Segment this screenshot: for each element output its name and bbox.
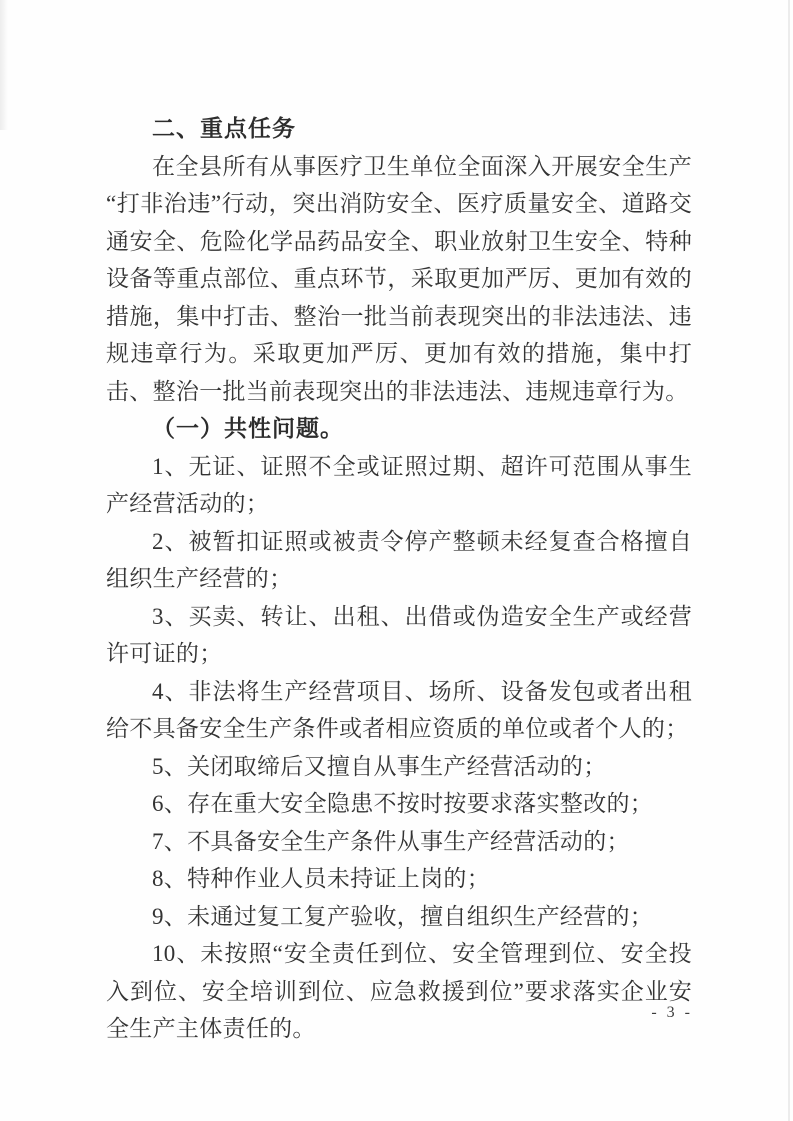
list-item-3: 3、买卖、转让、出租、出借或伪造安全生产或经营许可证的； — [106, 598, 692, 673]
page-number: - 3 - — [651, 1004, 693, 1022]
document-page: 二、重点任务 在全县所有从事医疗卫生单位全面深入开展安全生产“打非治违”行动，突… — [0, 0, 793, 1121]
list-item-4: 4、非法将生产经营项目、场所、设备发包或者出租给不具备安全生产条件或者相应资质的… — [106, 673, 692, 748]
list-item-6: 6、存在重大安全隐患不按时按要求落实整改的； — [106, 785, 692, 823]
list-item-7: 7、不具备安全生产条件从事生产经营活动的； — [106, 823, 692, 861]
scan-edge-line — [788, 0, 790, 1121]
list-item-5: 5、关闭取缔后又擅自从事生产经营活动的； — [106, 748, 692, 786]
list-item-1: 1、无证、证照不全或证照过期、超许可范围从事生产经营活动的； — [106, 448, 692, 523]
scan-corner-shadow — [0, 0, 8, 130]
list-item-8: 8、特种作业人员未持证上岗的； — [106, 860, 692, 898]
intro-paragraph: 在全县所有从事医疗卫生单位全面深入开展安全生产“打非治违”行动，突出消防安全、医… — [106, 148, 692, 411]
subsection-heading: （一）共性问题。 — [106, 410, 692, 448]
section-heading: 二、重点任务 — [106, 110, 692, 148]
list-item-10: 10、未按照“安全责任到位、安全管理到位、安全投入到位、安全培训到位、应急救援到… — [106, 935, 692, 1048]
list-item-9: 9、未通过复工复产验收，擅自组织生产经营的； — [106, 898, 692, 936]
list-item-2: 2、被暂扣证照或被责令停产整顿未经复查合格擅自组织生产经营的； — [106, 523, 692, 598]
document-body: 二、重点任务 在全县所有从事医疗卫生单位全面深入开展安全生产“打非治违”行动，突… — [106, 110, 692, 1048]
